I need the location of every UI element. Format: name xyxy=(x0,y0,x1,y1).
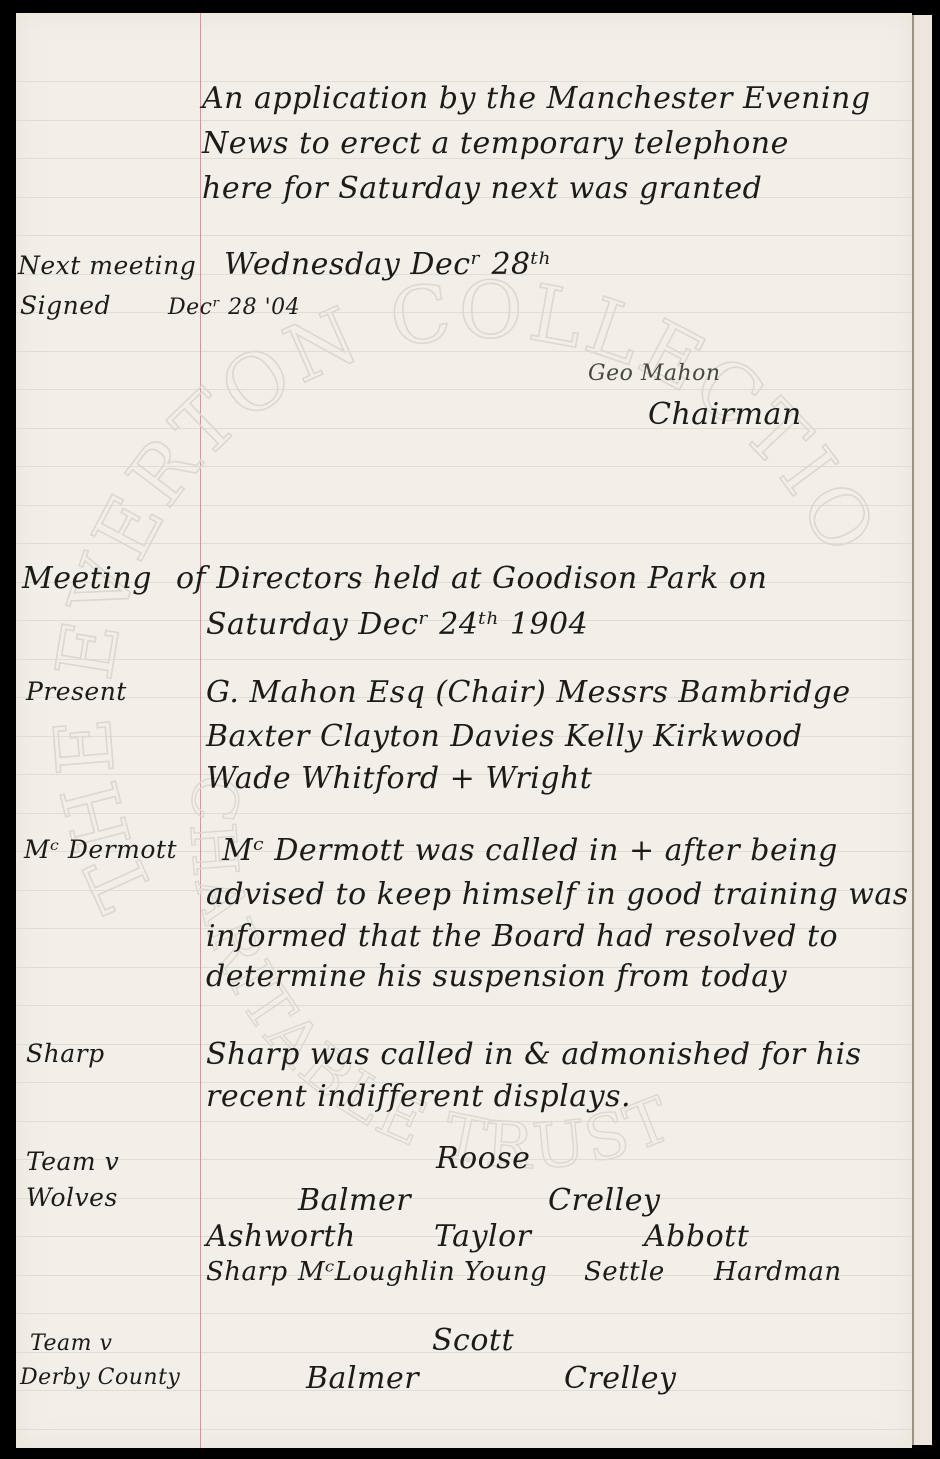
next-meeting-date: Wednesday Decʳ 28ᵗʰ xyxy=(224,247,552,282)
ruled-line xyxy=(16,1198,912,1199)
ruled-line xyxy=(16,1390,912,1391)
margin-label-present: Present xyxy=(26,677,127,706)
mcdermott-line: determine his suspension from today xyxy=(206,959,787,994)
ruled-line xyxy=(16,389,912,390)
minute-book-page: THE EVERTON COLLECTION CHARITABLE TRUST … xyxy=(16,13,912,1448)
lineup-goalkeeper: Roose xyxy=(436,1141,530,1176)
meeting-heading-start: Meeting xyxy=(22,561,152,596)
lineup-back: Balmer xyxy=(298,1183,411,1218)
lineup-half: Taylor xyxy=(434,1219,532,1254)
margin-label-mcdermott: Mᶜ Dermott xyxy=(24,835,177,864)
margin-label-derby-county: Derby County xyxy=(20,1365,180,1390)
ruled-line xyxy=(16,1313,912,1314)
sharp-line: recent indifferent displays. xyxy=(206,1079,631,1114)
ruled-line xyxy=(16,505,912,506)
lineup-back: Crelley xyxy=(564,1361,676,1396)
ruled-line xyxy=(16,1429,912,1430)
ruled-line xyxy=(16,351,912,352)
lineup-forward: Sharp xyxy=(206,1257,288,1287)
lineup-back: Crelley xyxy=(548,1183,660,1218)
lineup-half: Ashworth xyxy=(206,1219,356,1254)
ruled-line xyxy=(16,543,912,544)
ruled-line xyxy=(16,659,912,660)
present-line: G. Mahon Esq (Chair) Messrs Bambridge xyxy=(206,675,851,710)
lineup-forward: Young xyxy=(464,1257,547,1287)
margin-label-next-meeting: Next meeting xyxy=(18,251,196,280)
red-margin-line xyxy=(200,13,201,1448)
ruled-line xyxy=(16,312,912,313)
signed-date: Decʳ 28 '04 xyxy=(168,295,300,320)
sharp-line: Sharp was called in & admonished for his xyxy=(206,1037,861,1072)
lineup-forward: Settle xyxy=(584,1257,665,1287)
ruled-line xyxy=(16,235,912,236)
ruled-line xyxy=(16,120,912,121)
ruled-line xyxy=(16,466,912,467)
present-line: Baxter Clayton Davies Kelly Kirkwood xyxy=(206,719,803,754)
margin-label-team-v: Team v xyxy=(26,1147,119,1176)
lineup-back: Balmer xyxy=(306,1361,419,1396)
margin-label-wolves: Wolves xyxy=(26,1183,118,1212)
meeting-heading: of Directors held at Goodison Park on xyxy=(176,561,767,596)
present-line: Wade Whitford + Wright xyxy=(206,761,592,796)
ruled-line xyxy=(16,1121,912,1122)
meeting-date: Saturday Decʳ 24ᵗʰ 1904 xyxy=(206,607,588,642)
chairman-signature: Geo Mahon xyxy=(588,361,721,386)
margin-label-signed: Signed xyxy=(20,291,111,320)
margin-label-sharp: Sharp xyxy=(26,1039,105,1068)
ruled-line xyxy=(16,1005,912,1006)
chairman-title: Chairman xyxy=(648,397,802,432)
ruled-line xyxy=(16,813,912,814)
entry-text-line: here for Saturday next was granted xyxy=(202,171,762,206)
margin-label-team-v: Team v xyxy=(30,1331,112,1356)
mcdermott-line: advised to keep himself in good training… xyxy=(206,877,909,912)
lineup-forward: Hardman xyxy=(714,1257,842,1287)
entry-text-line: An application by the Manchester Evening xyxy=(202,81,871,116)
lineup-forward: MᶜLoughlin xyxy=(298,1257,455,1287)
mcdermott-line: informed that the Board had resolved to xyxy=(206,919,838,954)
lineup-half: Abbott xyxy=(644,1219,749,1254)
adjacent-page-edge xyxy=(912,15,932,1445)
entry-text-line: News to erect a temporary telephone xyxy=(202,126,789,161)
mcdermott-line: Mᶜ Dermott was called in + after being xyxy=(222,833,838,868)
lineup-goalkeeper: Scott xyxy=(432,1323,514,1358)
